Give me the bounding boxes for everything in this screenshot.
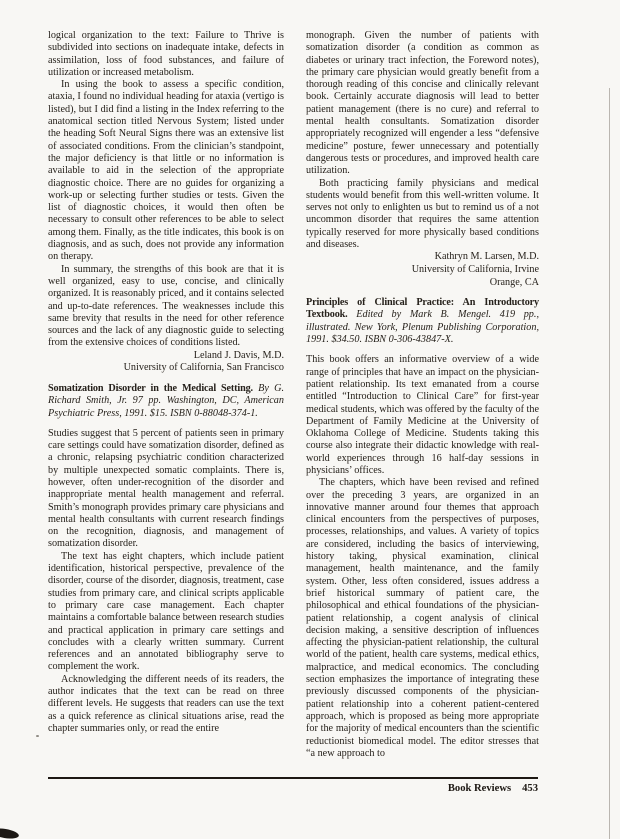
book-review-heading: Principles of Clinical Practice: An Intr…: [306, 297, 539, 346]
scan-smudge-artifact: [0, 827, 20, 839]
paragraph: Acknowledging the different needs of its…: [48, 674, 284, 735]
scan-page-edge-line: [609, 88, 610, 839]
review-continuation-paragraph: logical organization to the text: Failur…: [48, 30, 284, 79]
book-title: Somatization Disorder in the Medical Set…: [48, 383, 253, 394]
scan-speck-artifact: [36, 735, 39, 737]
paragraph: The chapters, which have been revised an…: [306, 477, 539, 760]
running-footer: Book Reviews453: [448, 783, 538, 794]
reviewer-signature: Kathryn M. Larsen, M.D. University of Ca…: [306, 251, 539, 289]
paragraph: Studies suggest that 5 percent of patien…: [48, 428, 284, 551]
book-review-heading: Somatization Disorder in the Medical Set…: [48, 383, 284, 420]
review-continuation-paragraph: monograph. Given the number of patients …: [306, 30, 539, 178]
footer-section-label: Book Reviews: [448, 783, 511, 794]
reviewer-affiliation: University of California, Irvine: [306, 264, 539, 277]
footer-rule: [48, 777, 538, 779]
scanned-journal-page: logical organization to the text: Failur…: [0, 0, 620, 839]
paragraph: The text has eight chapters, which inclu…: [48, 551, 284, 674]
right-column: monograph. Given the number of patients …: [306, 30, 539, 772]
paragraph: In summary, the strengths of this book a…: [48, 264, 284, 350]
left-column: logical organization to the text: Failur…: [48, 30, 284, 772]
paragraph: In using the book to assess a specific c…: [48, 79, 284, 263]
reviewer-location: Orange, CA: [306, 277, 539, 290]
reviewer-name: Leland J. Davis, M.D.: [48, 350, 284, 363]
paragraph: This book offers an informative overview…: [306, 354, 539, 477]
reviewer-signature: Leland J. Davis, M.D. University of Cali…: [48, 350, 284, 375]
paragraph: Both practicing family physicians and me…: [306, 178, 539, 252]
reviewer-affiliation: University of California, San Francisco: [48, 362, 284, 375]
reviewer-name: Kathryn M. Larsen, M.D.: [306, 251, 539, 264]
page-number: 453: [522, 783, 538, 794]
